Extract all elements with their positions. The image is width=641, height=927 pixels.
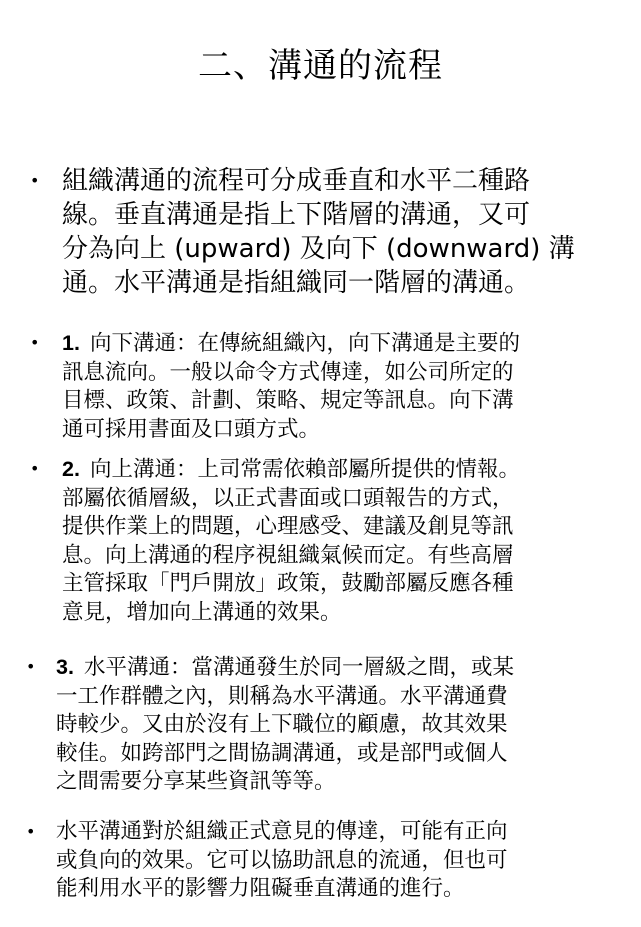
bullet-line: 意見，增加向上溝通的效果。: [62, 599, 630, 628]
bullet-line: 組織溝通的流程可分成垂直和水平二種路: [62, 164, 630, 198]
bullet-line: 部屬依循層級，以正式書面或口頭報告的方式，: [62, 485, 630, 514]
bullet-line: 水平溝通對於組織正式意見的傳達，可能有正向: [56, 818, 626, 847]
page-title: 二、溝通的流程: [0, 40, 641, 92]
bullet-line: 通。水平溝通是指組織同一階層的溝通。: [62, 266, 630, 300]
bullet-line: 能利用水平的影響力阻礙垂直溝通的進行。: [56, 875, 626, 904]
bullet-horizontal: • 3.水平溝通：當溝通發生於同一層級之間，或某 一工作群體之內，則稱為水平溝通…: [26, 653, 626, 797]
bullet-line: 向上溝通：上司常需依賴部屬所提供的情報。: [90, 457, 520, 482]
bullet-number: 2.: [62, 457, 80, 481]
bullet-number: 1.: [62, 331, 80, 355]
bullet-upward: • 2.向上溝通：上司常需依賴部屬所提供的情報。 部屬依循層級，以正式書面或口頭…: [30, 455, 630, 627]
bullet-line: 較佳。如跨部門之間協調溝通，或是部門或個人: [56, 740, 626, 769]
bullet-line: 時較少。又由於沒有上下職位的顧慮，故其效果: [56, 711, 626, 740]
bullet-line: 通可採用書面及口頭方式。: [62, 416, 630, 445]
bullet-dot-icon: •: [30, 164, 39, 198]
bullet-dot-icon: •: [30, 455, 39, 484]
bullet-downward: • 1.向下溝通：在傳統組織內，向下溝通是主要的 訊息流向。一般以命令方式傳達，…: [30, 329, 630, 444]
bullet-dot-icon: •: [26, 653, 35, 682]
bullet-line: 水平溝通：當溝通發生於同一層級之間，或某: [84, 655, 514, 680]
bullet-line: 分為向上 (upward) 及向下 (downward) 溝: [62, 232, 630, 266]
bullet-number: 3.: [56, 655, 74, 679]
bullet-line: 訊息流向。一般以命令方式傳達，如公司所定的: [62, 359, 630, 388]
bullet-line: 之間需要分享某些資訊等等。: [56, 768, 626, 797]
bullet-horizontal-effects: • 水平溝通對於組織正式意見的傳達，可能有正向 或負向的效果。它可以協助訊息的流…: [26, 818, 626, 904]
bullet-dot-icon: •: [30, 329, 39, 358]
bullet-line: 息。向上溝通的程序視組織氣候而定。有些高層: [62, 542, 630, 571]
bullet-line: 提供作業上的問題，心理感受、建議及創見等訊: [62, 513, 630, 542]
bullet-overview: • 組織溝通的流程可分成垂直和水平二種路 線。垂直溝通是指上下階層的溝通，又可 …: [30, 164, 630, 300]
bullet-line: 主管採取「門戶開放」政策，鼓勵部屬反應各種: [62, 570, 630, 599]
bullet-dot-icon: •: [26, 818, 35, 847]
bullet-line: 目標、政策、計劃、策略、規定等訊息。向下溝: [62, 387, 630, 416]
bullet-line: 線。垂直溝通是指上下階層的溝通，又可: [62, 198, 630, 232]
bullet-line: 向下溝通：在傳統組織內，向下溝通是主要的: [90, 331, 520, 356]
bullet-line: 一工作群體之內，則稱為水平溝通。水平溝通費: [56, 683, 626, 712]
bullet-line: 或負向的效果。它可以協助訊息的流通，但也可: [56, 847, 626, 876]
